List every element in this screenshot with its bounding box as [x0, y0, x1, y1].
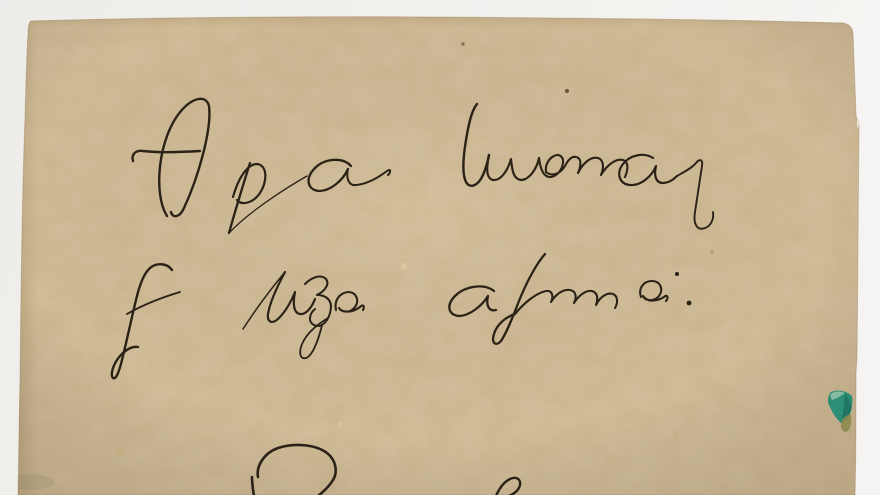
- foxing-speck: [565, 89, 569, 93]
- photo-of-handwritten-note: [0, 0, 880, 495]
- foxing-speck: [674, 433, 678, 437]
- foxing-speck: [117, 449, 124, 456]
- foxing-speck: [401, 263, 407, 269]
- paper-surface: [0, 0, 880, 495]
- paper-vignette: [0, 0, 880, 495]
- foxing-speck: [461, 42, 464, 45]
- foxing-speck: [337, 421, 342, 426]
- note-photo-canvas: [0, 0, 880, 495]
- foxing-speck: [710, 250, 715, 255]
